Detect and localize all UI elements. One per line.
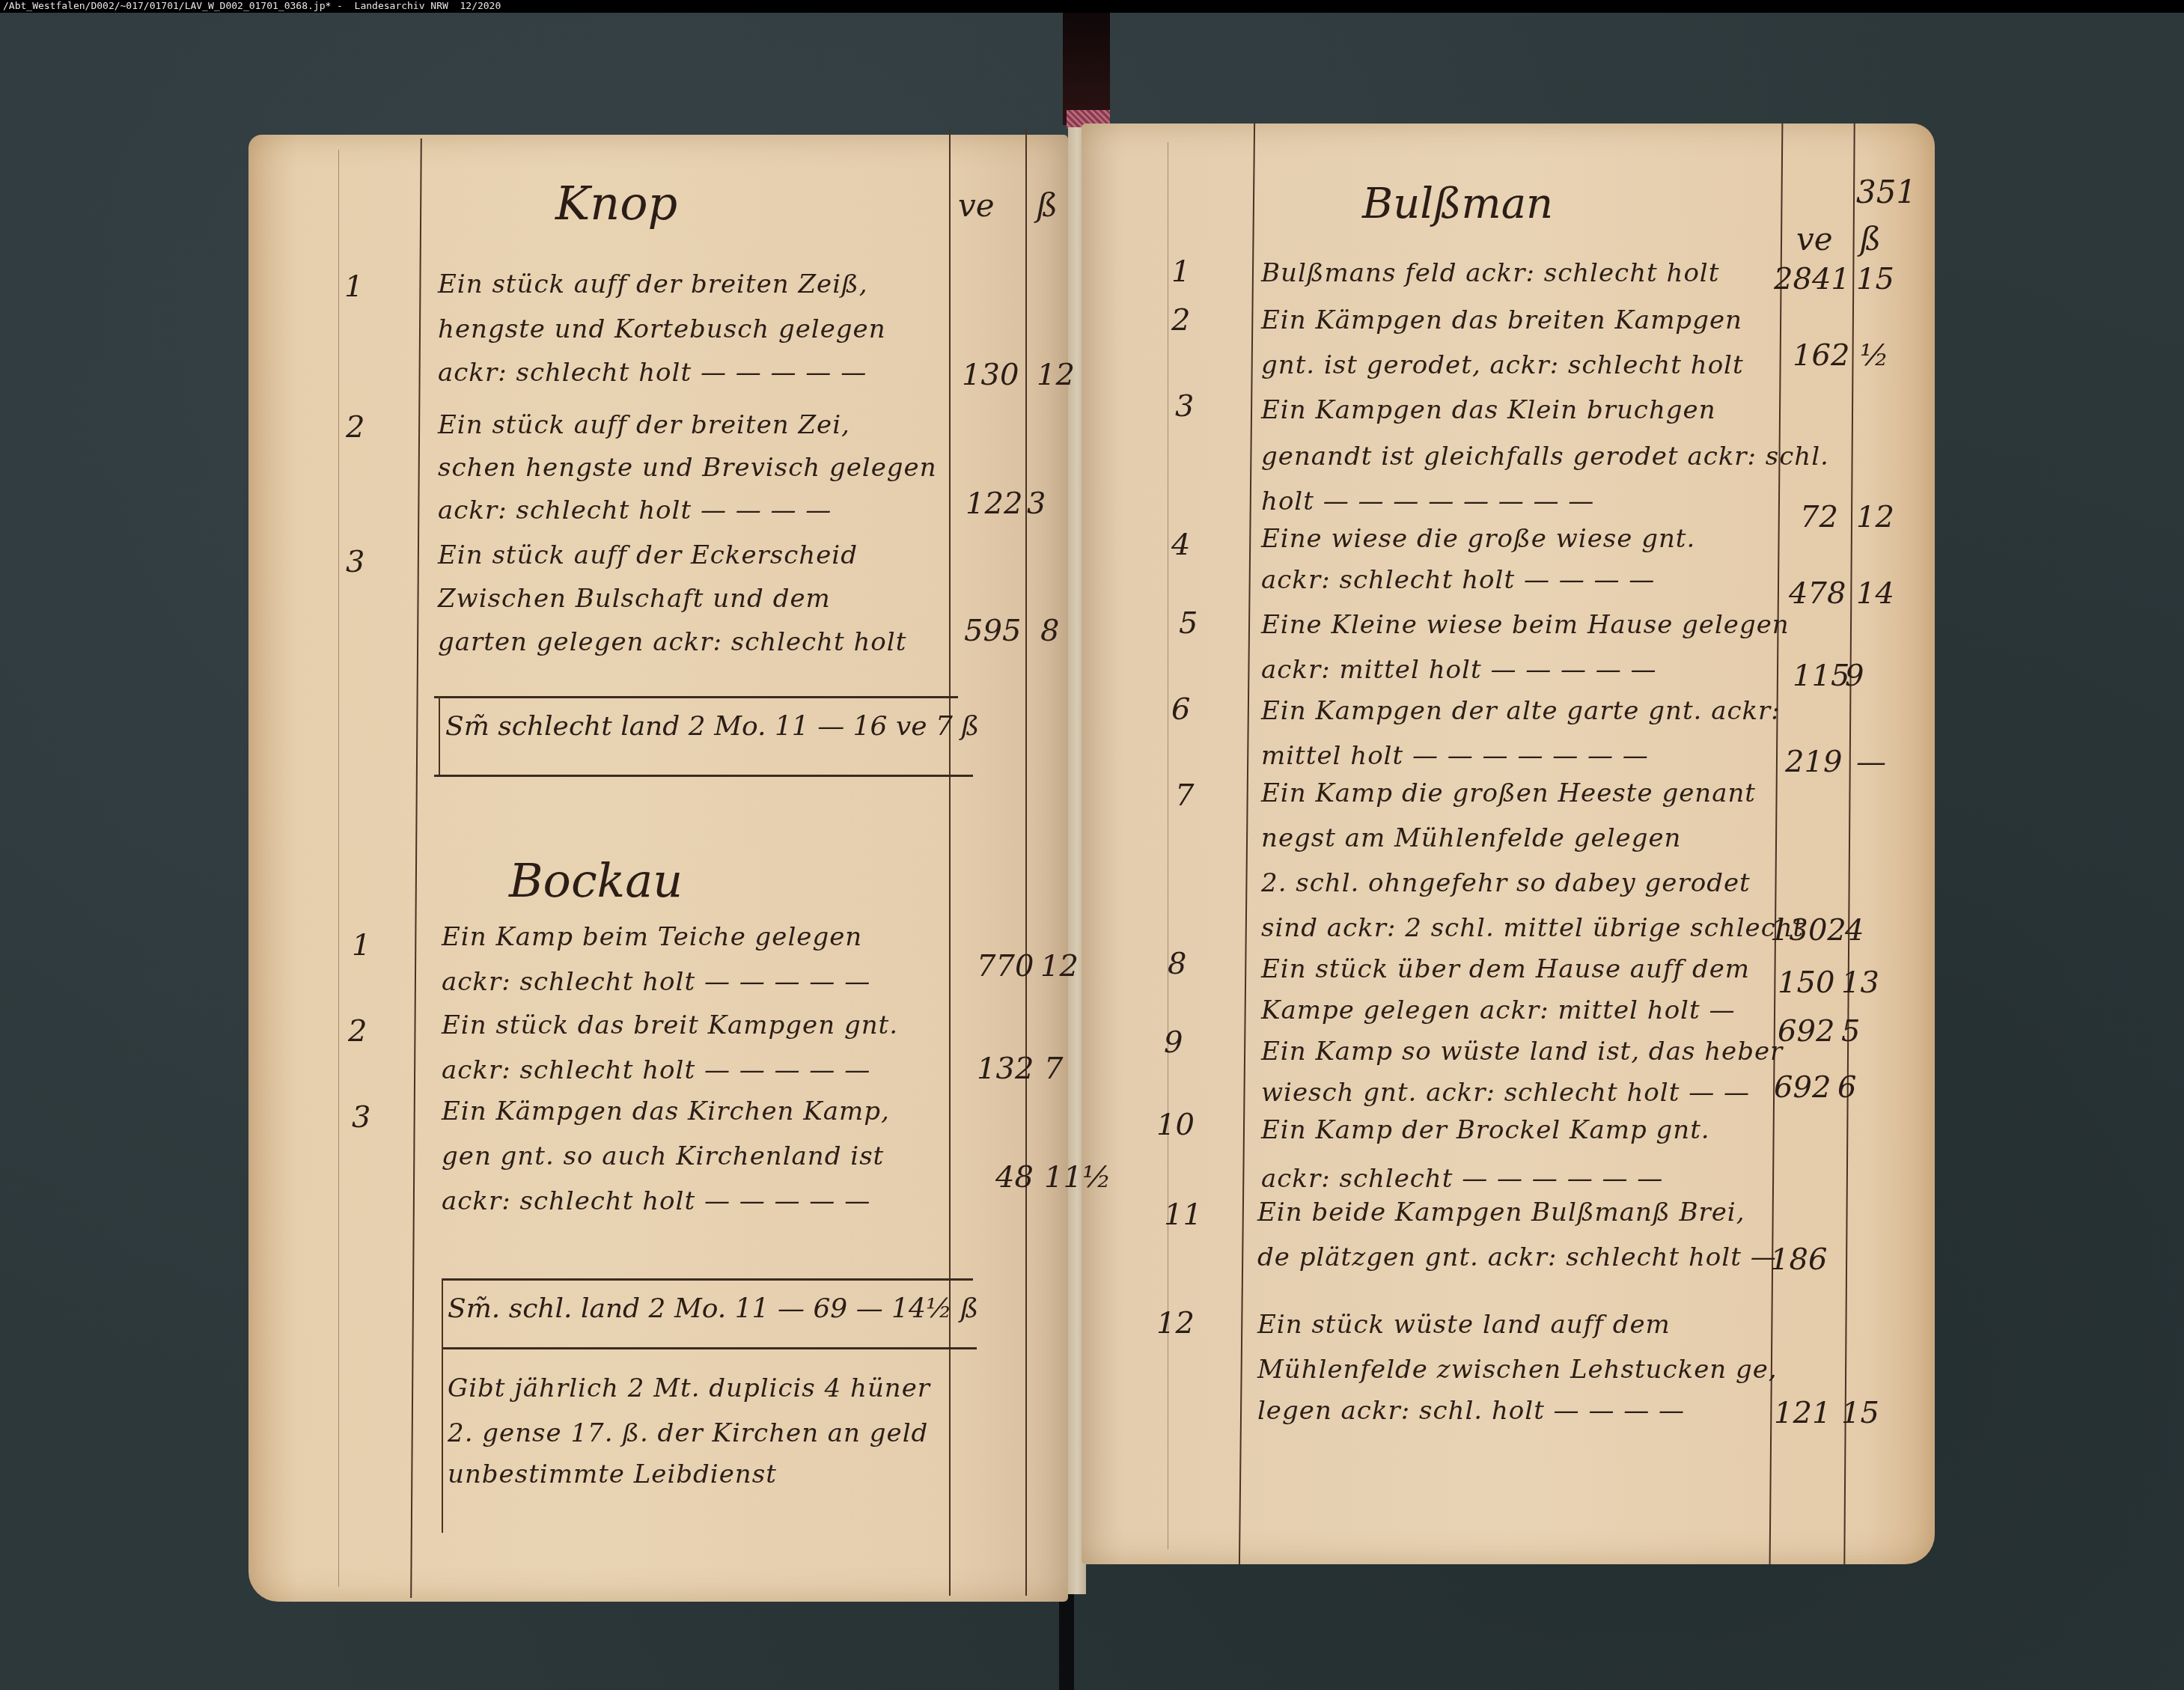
entry-line: Kampe gelegen ackr: mittel holt — — [1261, 995, 1735, 1025]
entry-line: Ein stück das breit Kampgen gnt. — [442, 1010, 898, 1040]
entry-ss-value: 13 — [1841, 966, 1879, 1000]
entry-line: hengste und Kortebusch gelegen — [438, 314, 886, 344]
entry-ss-value: 12 — [1040, 949, 1079, 983]
entry-line: Ein Kampgen der alte garte gnt. ackr: — [1261, 696, 1781, 726]
window-title-bar: /Abt_Westfalen/D002/~017/01701/LAV_W_D00… — [0, 0, 2184, 13]
entry-marker: 1 — [1171, 254, 1190, 289]
entry-line: Ein Kamp beim Teiche gelegen — [442, 922, 862, 952]
entry-line: sind ackr: 2 schl. mittel übrige schlech… — [1261, 913, 1804, 943]
entry-line: schen hengste und Brevisch gelegen — [438, 453, 937, 483]
left-summary2-top-rule — [442, 1278, 973, 1281]
window-title: /Abt_Westfalen/D002/~017/01701/LAV_W_D00… — [3, 1, 501, 12]
entry-ss-value: 4 — [1845, 913, 1864, 948]
entry-ss-value: 12 — [1856, 500, 1894, 534]
section-summary: Sm̃. schl. land 2 Mo. 11 — 69 — 14½ ß — [448, 1293, 978, 1324]
entry-line: Ein Kampgen das Klein bruchgen — [1261, 395, 1716, 425]
entry-marker: 3 — [346, 545, 364, 579]
entry-ss-value: 14 — [1856, 576, 1894, 611]
entry-line: ackr: schlecht holt — — — — — [438, 495, 832, 525]
entry-line: wiesch gnt. ackr: schlecht holt — — — [1261, 1078, 1750, 1108]
entry-line: 2. schl. ohngefehr so dabey gerodet — [1261, 868, 1751, 898]
entry-marker: 3 — [352, 1100, 370, 1135]
entry-ve-value: 48 — [995, 1160, 1034, 1195]
entry-line: ackr: schlecht holt — — — — — — [438, 358, 867, 388]
entry-ss-value: ½ — [1860, 338, 1889, 373]
note-line: unbestimmte Leibdienst — [448, 1459, 777, 1489]
entry-marker: 2 — [346, 410, 364, 445]
entry-ve-value: 121 — [1774, 1396, 1831, 1430]
entry-line: gen gnt. so auch Kirchenland ist — [442, 1141, 884, 1171]
entry-ss-value: — — [1856, 745, 1886, 779]
section-heading-knop: Knop — [555, 176, 677, 231]
entry-line: Ein Kämpgen das Kirchen Kamp, — [442, 1096, 890, 1126]
entry-line: Ein stück über dem Hause auff dem — [1261, 954, 1750, 984]
note-line: 2. gense 17. ß. der Kirchen an geld — [448, 1418, 928, 1448]
entry-ve-value: 692 — [1774, 1070, 1831, 1105]
entry-line: Ein Kamp die großen Heeste genant — [1261, 778, 1756, 808]
left-note-left-rule — [442, 1278, 443, 1533]
section-heading-bulssman: Bulßman — [1362, 180, 1553, 228]
entry-marker: 1 — [344, 269, 363, 304]
entry-ss-value: 15 — [1856, 262, 1894, 296]
entry-line: mittel holt — — — — — — — — [1261, 741, 1649, 771]
entry-line: Ein stück wüste land auff dem — [1257, 1310, 1671, 1340]
entry-line: Ein stück auff der breiten Zei, — [438, 410, 850, 440]
note-line: Gibt jährlich 2 Mt. duplicis 4 hüner — [448, 1373, 930, 1403]
entry-ve-value: 219 — [1785, 745, 1842, 779]
entry-line: negst am Mühlenfelde gelegen — [1261, 823, 1681, 853]
entry-line: ackr: schlecht holt — — — — — — [442, 1186, 870, 1216]
entry-marker: 10 — [1156, 1108, 1195, 1142]
entry-ss-value: 15 — [1841, 1396, 1879, 1430]
section-summary: Sm̃ schlecht land 2 Mo. 11 — 16 ve 7 ß — [445, 711, 979, 742]
entry-line: gnt. ist gerodet, ackr: schlecht holt — [1261, 350, 1744, 380]
left-summary1-left-rule — [439, 696, 440, 775]
entry-marker: 2 — [348, 1014, 367, 1049]
entry-ss-value: 5 — [1841, 1014, 1860, 1049]
entry-line: Ein stück auff der breiten Zeiß, — [438, 269, 868, 299]
entry-line: Eine Kleine wiese beim Hause gelegen — [1261, 610, 1790, 640]
entry-line: genandt ist gleichfalls gerodet ackr: sc… — [1261, 442, 1829, 472]
left-ve-header: ve — [958, 187, 995, 224]
left-summary1-bottom-rule — [434, 775, 973, 777]
right-ve-header: ve — [1796, 221, 1833, 257]
entry-line: Ein Kamp so wüste land ist, das heber — [1261, 1037, 1783, 1067]
entry-marker: 5 — [1179, 606, 1198, 641]
right-ss-header: ß — [1860, 221, 1881, 257]
entry-ve-value: 478 — [1789, 576, 1846, 611]
left-margin-guide — [338, 150, 339, 1587]
entry-marker: 2 — [1171, 303, 1190, 338]
entry-marker: 3 — [1175, 389, 1194, 424]
entry-marker: 8 — [1168, 947, 1186, 981]
entry-ss-value: 7 — [1044, 1052, 1063, 1086]
entry-line: Bulßmans feld ackr: schlecht holt — [1261, 258, 1719, 288]
left-ss-header: ß — [1037, 187, 1058, 224]
entry-line: garten gelegen ackr: schlecht holt — [438, 627, 906, 657]
bookmark-ribbon — [1063, 13, 1110, 125]
entry-line: ackr: schlecht holt — — — — — — [442, 1055, 870, 1085]
entry-line: Mühlenfelde zwischen Lehstucken ge, — [1257, 1355, 1778, 1385]
entry-ss-value: 9 — [1845, 659, 1864, 693]
entry-ve-value: 72 — [1800, 500, 1838, 534]
left-ve-column-rule — [949, 129, 951, 1596]
entry-line: Ein stück auff der Eckerscheid — [438, 540, 858, 570]
entry-ss-value: 12 — [1037, 358, 1075, 392]
entry-line: ackr: schlecht holt — — — — — [1261, 565, 1655, 595]
entry-marker: 11 — [1164, 1198, 1202, 1232]
entry-marker: 4 — [1171, 528, 1190, 562]
entry-ve-value: 130 — [962, 358, 1019, 392]
section-heading-bockau: Bockau — [509, 853, 683, 908]
entry-ss-value: 8 — [1040, 614, 1059, 648]
entry-line: Eine wiese die große wiese gnt. — [1261, 524, 1695, 554]
left-ss-column-rule — [1025, 129, 1027, 1596]
entry-marker: 12 — [1156, 1306, 1195, 1340]
entry-ss-value: 11½ — [1044, 1160, 1111, 1195]
left-summary2-bottom-rule — [442, 1347, 977, 1349]
entry-line: ackr: schlecht — — — — — — — [1261, 1164, 1663, 1194]
left-summary1-top-rule — [434, 696, 958, 698]
entry-marker: 6 — [1171, 692, 1190, 727]
entry-line: Ein beide Kampgen Bulßmanß Brei, — [1257, 1198, 1745, 1227]
entry-marker: 9 — [1164, 1025, 1183, 1060]
entry-ve-value: 770 — [977, 949, 1034, 983]
entry-line: ackr: mittel holt — — — — — — [1261, 655, 1657, 685]
entry-line: de plätzgen gnt. ackr: schlecht holt — — [1257, 1242, 1777, 1272]
folio-number: 351 — [1856, 174, 1916, 210]
entry-line: holt — — — — — — — — — [1261, 486, 1594, 516]
entry-ve-value: 595 — [964, 614, 1021, 648]
entry-ss-value: 3 — [1027, 486, 1046, 521]
entry-line: Ein Kamp der Brockel Kamp gnt. — [1261, 1115, 1710, 1145]
entry-marker: 7 — [1175, 778, 1194, 813]
entry-ve-value: 692 — [1778, 1014, 1834, 1049]
entry-line: Zwischen Bulschaft und dem — [438, 584, 831, 614]
entry-ve-value: 132 — [977, 1052, 1034, 1086]
entry-marker: 1 — [352, 928, 370, 963]
entry-ve-value: 150 — [1778, 966, 1834, 1000]
entry-line: ackr: schlecht holt — — — — — — [442, 967, 870, 997]
entry-line: Ein Kämpgen das breiten Kampgen — [1261, 305, 1742, 335]
entry-ve-value: 122 — [966, 486, 1022, 521]
entry-ss-value: 6 — [1837, 1070, 1856, 1105]
entry-ve-value: 2841 — [1774, 262, 1850, 296]
entry-ve-value: 1302 — [1770, 913, 1846, 948]
entry-line: legen ackr: schl. holt — — — — — [1257, 1396, 1685, 1426]
entry-ve-value: 162 — [1793, 338, 1849, 373]
entry-ve-value: 115 — [1793, 659, 1849, 693]
entry-ve-value: 186 — [1770, 1242, 1827, 1277]
